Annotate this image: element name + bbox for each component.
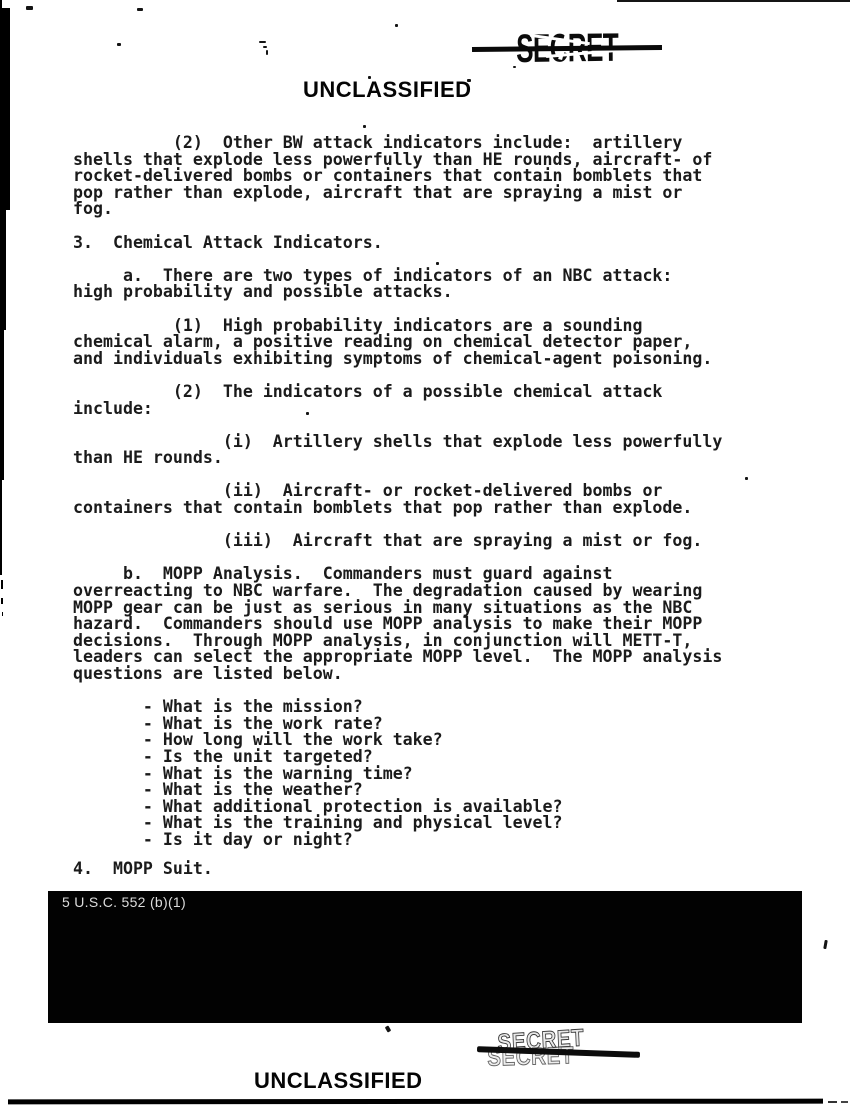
scan-speck — [263, 46, 267, 48]
scan-speck — [259, 41, 266, 43]
scan-edge-strip-left — [0, 210, 6, 330]
paragraph-3a2iii: (iii) Aircraft that are spraying a mist … — [73, 533, 773, 550]
heading-4-mopp-suit: 4. MOPP Suit. — [73, 861, 773, 878]
paragraph-2-bw-indicators: (2) Other BW attack indicators include: … — [73, 135, 773, 218]
paragraph-3a2: (2) The indicators of a possible chemica… — [73, 384, 773, 417]
paragraph-3a: a. There are two types of indicators of … — [73, 268, 773, 301]
classification-header-bottom: UNCLASSIFIED — [254, 1068, 423, 1094]
scan-speck — [266, 50, 268, 55]
scan-speck — [137, 8, 143, 11]
scan-speck — [823, 940, 828, 949]
scan-notch — [2, 0, 12, 8]
paragraph-3a2ii: (ii) Aircraft- or rocket-delivered bombs… — [73, 483, 773, 516]
scan-speck — [395, 24, 398, 27]
redaction-block: 5 U.S.C. 552 (b)(1) — [48, 891, 802, 1023]
scan-edge-dash — [841, 1101, 848, 1103]
scanned-document-page: SECRET UNCLASSIFIED (2) Other BW attack … — [0, 0, 850, 1110]
scan-edge-strip-left — [0, 330, 4, 480]
scan-edge-dash — [2, 612, 3, 616]
scan-edge-strip-left — [0, 480, 2, 575]
scan-speck — [26, 6, 33, 10]
paragraph-3b-mopp-analysis: b. MOPP Analysis. Commanders must guard … — [73, 566, 773, 682]
document-body: (2) Other BW attack indicators include: … — [73, 135, 773, 894]
scan-edge-strip-left — [0, 0, 10, 210]
paragraph-3a2i: (i) Artillery shells that explode less p… — [73, 434, 773, 467]
scan-edge-dash — [1, 580, 3, 589]
scan-edge-line-top — [617, 0, 850, 2]
scan-edge-line-bottom — [8, 1099, 823, 1105]
mopp-questions-list: - What is the mission? - What is the wor… — [73, 699, 773, 848]
heading-3-chemical-attack-indicators: 3. Chemical Attack Indicators. — [73, 235, 773, 252]
scan-speck — [363, 125, 366, 128]
scan-speck — [117, 43, 121, 46]
scan-edge-dash — [1, 598, 3, 604]
scan-edge-dash — [828, 1101, 837, 1103]
scan-speck — [385, 1025, 391, 1032]
classification-header-top: UNCLASSIFIED — [303, 77, 472, 103]
paragraph-3a1: (1) High probability indicators are a so… — [73, 318, 773, 368]
redaction-exemption-label: 5 U.S.C. 552 (b)(1) — [62, 894, 186, 910]
